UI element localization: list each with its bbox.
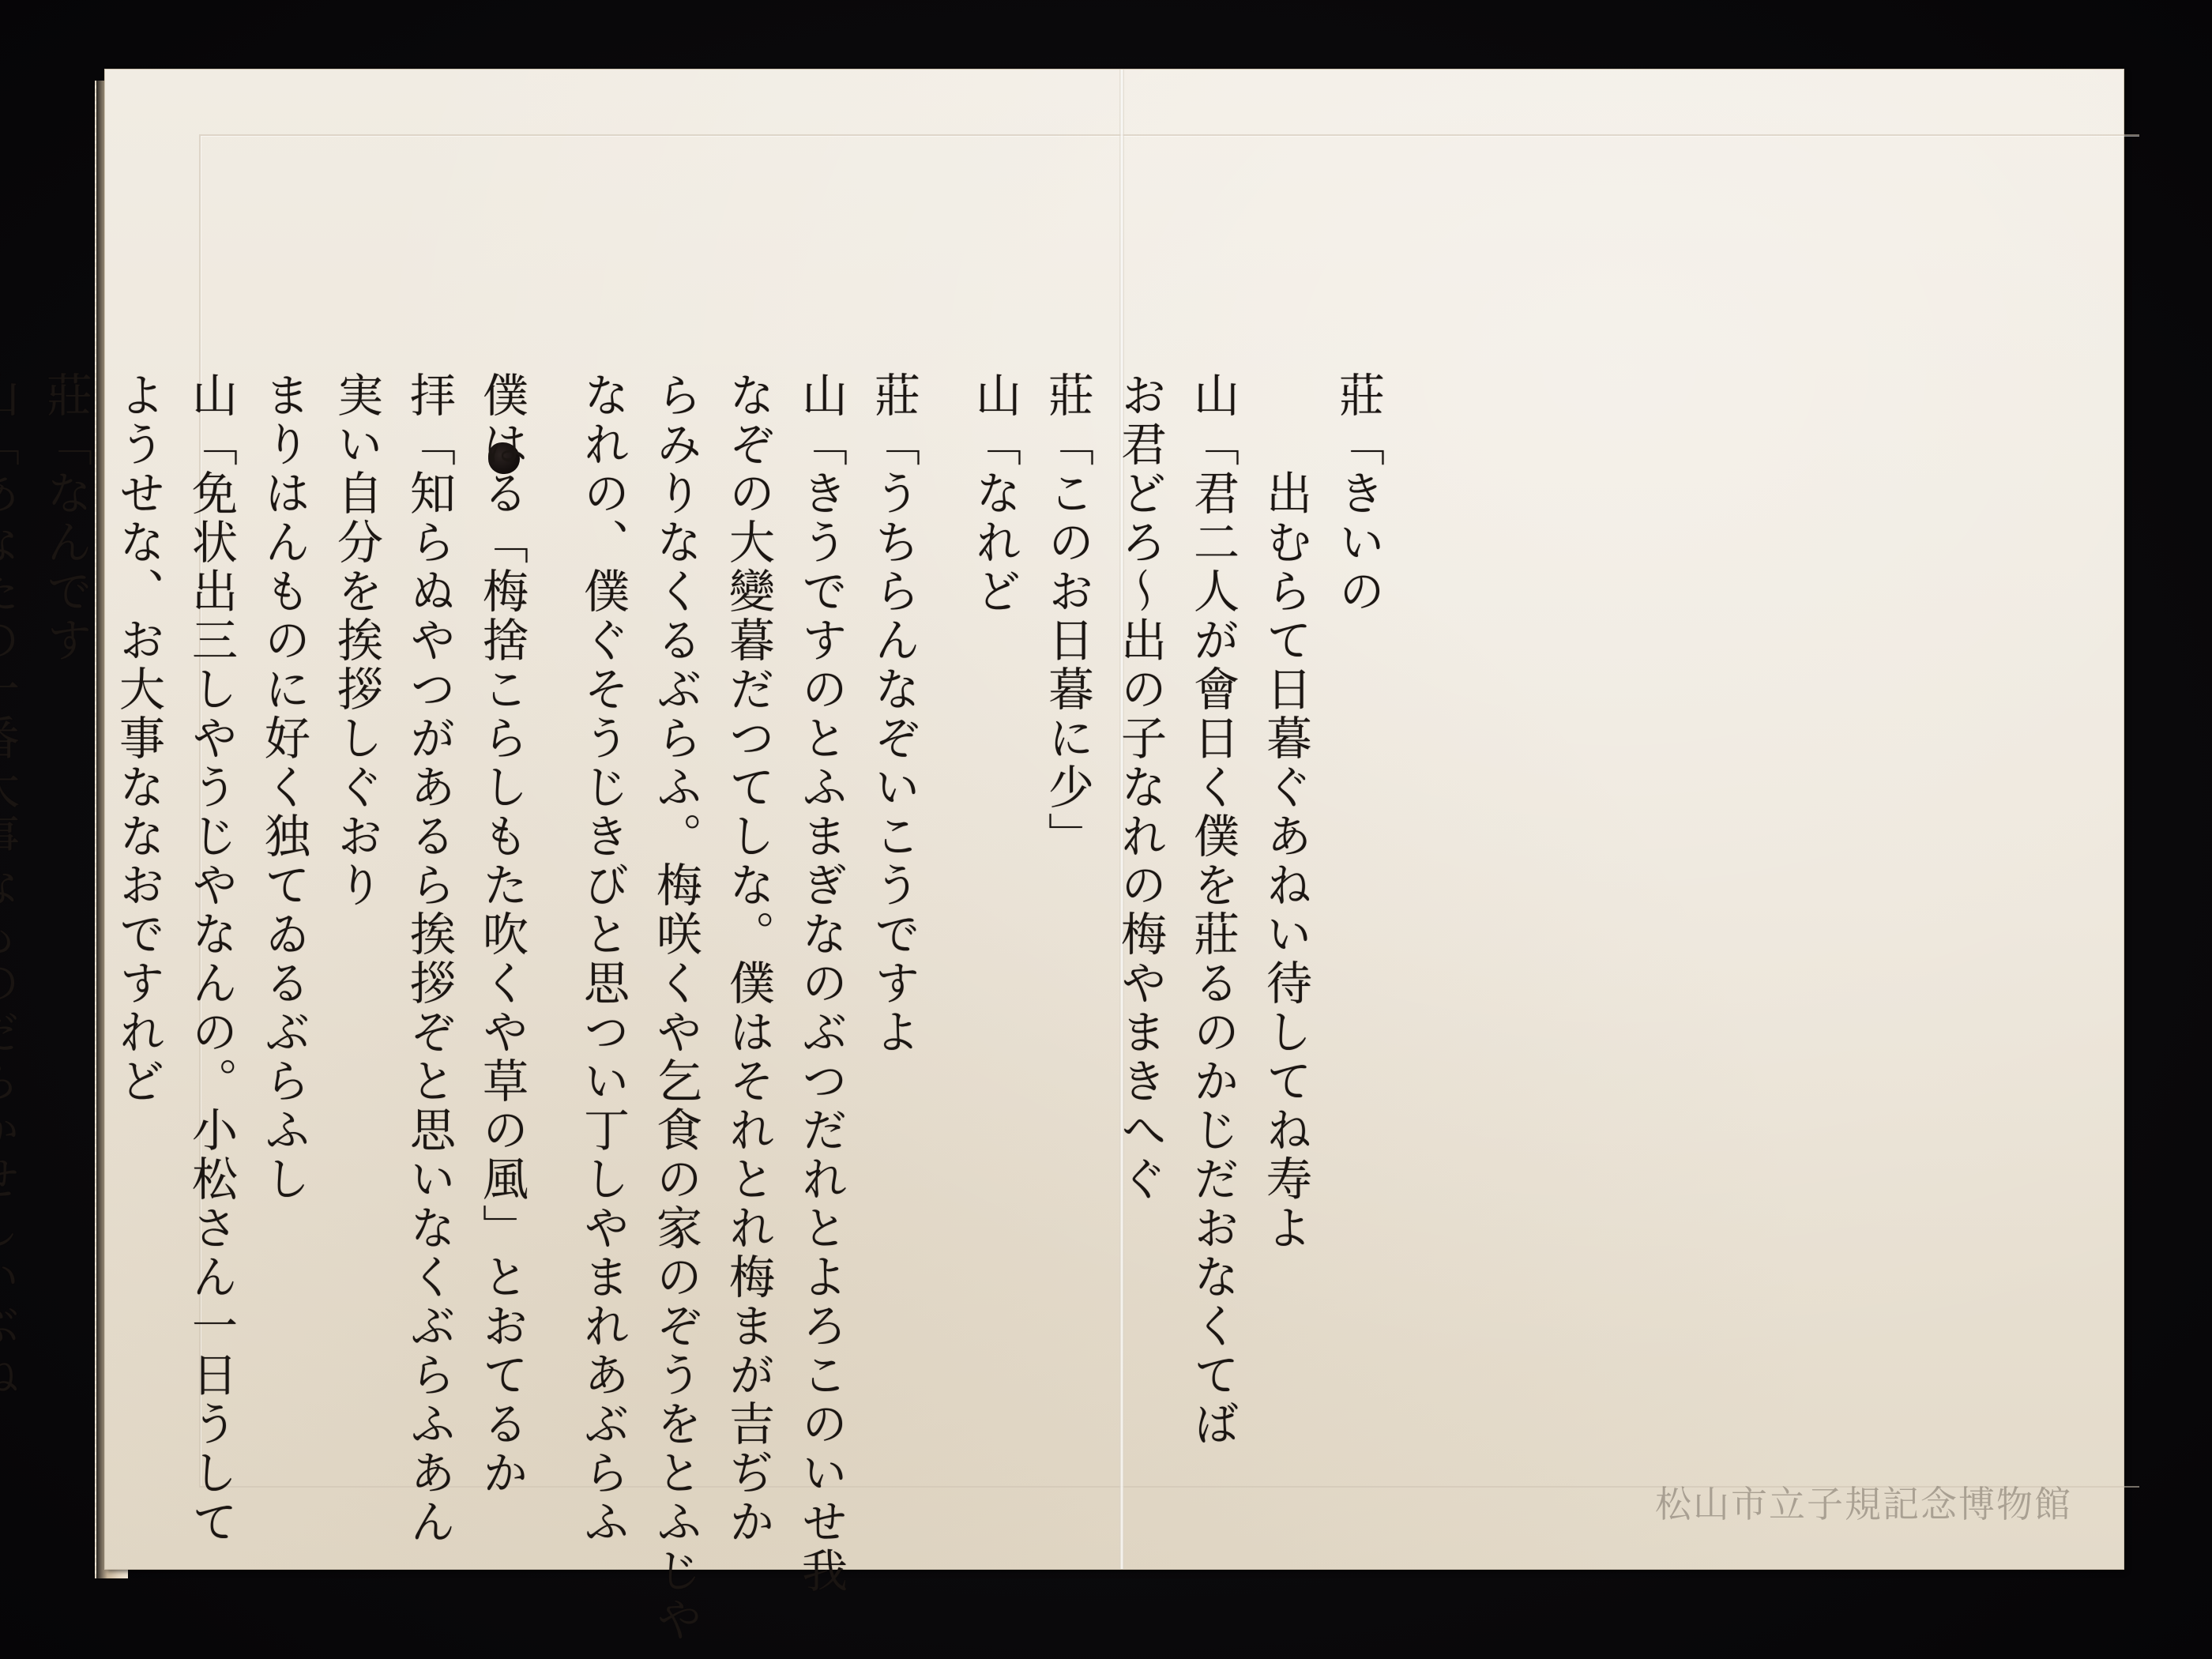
column-gap <box>930 371 958 1367</box>
text-column: 出むらて日暮ぐあねい待してね寿よ <box>1249 371 1322 1367</box>
text-column: お君どろ～出の子なれの梅やまきへぐ <box>1104 371 1176 1367</box>
text-column: 僕はる「梅捨こらしもた吹くや草の風」とおてるか <box>465 371 538 1367</box>
text-column: 莊「きいの <box>1322 371 1394 1367</box>
text-column: 莊「うちらんなぞいこうですよ <box>857 371 930 1367</box>
text-column: らみりなくるぶらふ。梅咲くや乞食の家のぞうをとふじや <box>639 371 712 1367</box>
text-column: 山「きうですのとふまぎなのぶつだれとよろこのいせ我 <box>784 371 857 1367</box>
text-column: 山「あなたの一番大事なものだらかせしいぶね <box>0 371 29 1367</box>
handwritten-text-block: 莊「きいの 出むらて日暮ぐあねい待してね寿よ 山「君二人が會日く僕を莊るのかじだ… <box>478 371 1394 1367</box>
text-column: なれの、僕ぐそうじきびと思つい丁しやまれあぶらふ <box>566 371 639 1367</box>
text-column: 山「なれど <box>958 371 1031 1367</box>
text-column: ようせな、お大事ななおですれど <box>102 371 175 1367</box>
museum-watermark: 松山市立子規記念博物館 <box>1655 1476 2072 1528</box>
text-column: 莊「このお日暮に少」 <box>1031 371 1104 1367</box>
text-column: まりはんものに好く独てゐるぶらふし <box>247 371 320 1367</box>
column-gap <box>538 371 566 1367</box>
text-column: なぞの大變暮だつてしな。僕はそれとれ梅まが吉ぢか <box>712 371 784 1367</box>
text-column: 山「免状出三しやうじやなんの。小松さん一日うして <box>175 371 247 1367</box>
text-column: 山「君二人が會日く僕を莊るのかじだおなくてば <box>1176 371 1249 1367</box>
text-column: 実い自分を挨拶しぐおり <box>320 371 393 1367</box>
text-column: 拝「知らぬやつがあるら挨拶ぞと思いなくぶらふあん <box>393 371 465 1367</box>
text-column: 莊「なんです <box>29 371 102 1367</box>
